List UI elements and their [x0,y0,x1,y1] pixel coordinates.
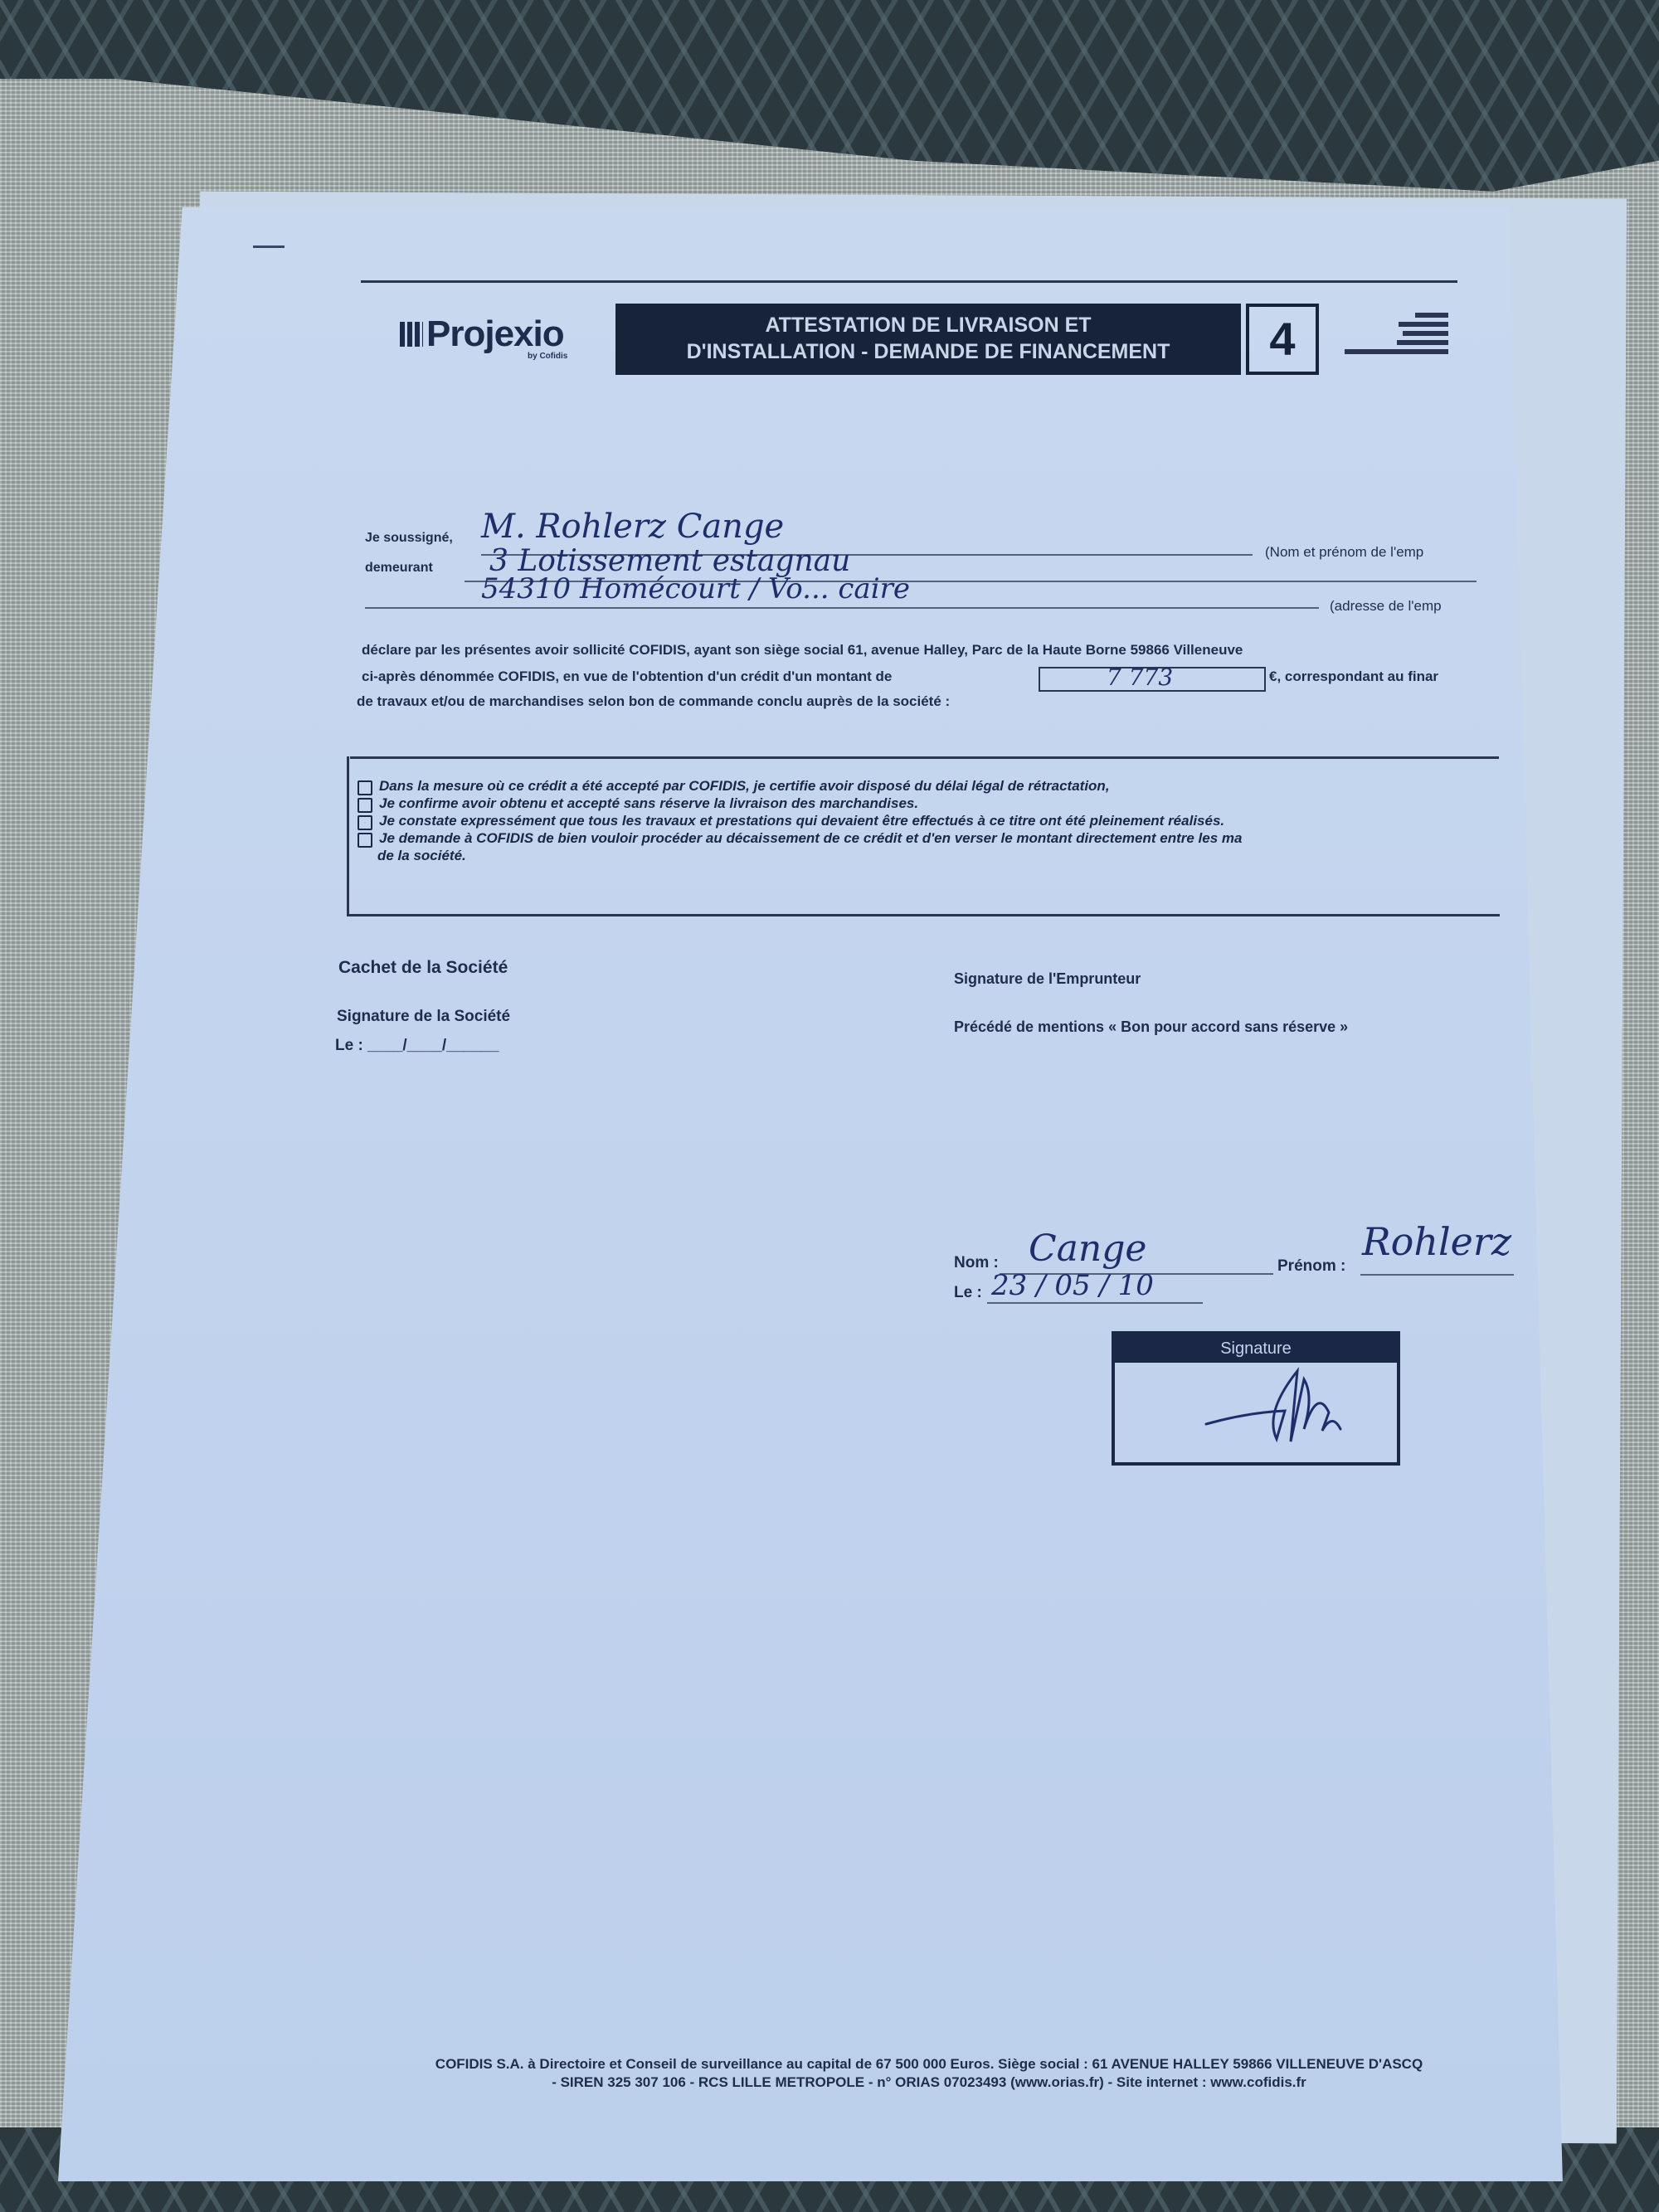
address-underline-2 [365,607,1319,609]
declaration-line-1: déclare par les présentes avoir sollicit… [362,640,1506,660]
residing-label: demeurant [365,561,433,576]
declaration-line-2: ci-après dénommée COFIDIS, en vue de l'o… [362,667,892,687]
form-reference-codes [1340,309,1448,354]
logo-subtitle: by Cofidis [528,352,567,361]
form-number-badge: 4 [1246,304,1319,375]
title-line-1: ATTESTATION DE LIVRAISON ET [615,312,1241,338]
checkbox-section-bottom-rule [347,914,1500,916]
footer-line-1: COFIDIS S.A. à Directoire et Conseil de … [274,2055,1584,2073]
checkbox-section: Dans la mesure où ce crédit a été accept… [347,756,1501,916]
projexio-logo: Projexio [400,314,564,355]
legal-footer: COFIDIS S.A. à Directoire et Conseil de … [274,2055,1584,2092]
company-stamp-label: Cachet de la Société [338,958,508,978]
prenom-field[interactable]: Rohlerz [1362,1219,1511,1264]
date-field[interactable]: 23 / 05 / 10 [991,1269,1154,1302]
undersigned-name-field[interactable]: M. Rohlerz Cange [481,508,784,546]
undersigned-label: Je soussigné, [365,531,453,546]
nom-field[interactable]: Cange [1029,1228,1146,1270]
checkbox-row-withdrawal[interactable]: Dans la mesure où ce crédit a été accept… [358,778,1494,795]
checkbox[interactable] [358,780,372,795]
prenom-label: Prénom : [1277,1257,1345,1276]
checkbox-row-disbursement[interactable]: Je demande à COFIDIS de bien vouloir pro… [358,830,1494,848]
company-date-field[interactable]: Le : ____/____/______ [335,1037,499,1055]
checkbox-continuation: de la société. [358,848,1494,864]
checkbox-label: Je constate expressément que tous les tr… [379,813,1224,829]
checkbox-label: Je confirme avoir obtenu et accepté sans… [379,795,918,812]
declaration-line-2-end: €, correspondant au finar [1269,667,1438,687]
credit-amount-field[interactable]: 7 773 [1039,667,1266,692]
signature-box-title: Signature [1115,1334,1397,1363]
address-line-2-field[interactable]: 54310 Homécourt / Vo... caire [481,572,910,605]
signature-box[interactable]: Signature [1112,1331,1400,1466]
credit-amount-value: 7 773 [1107,664,1173,691]
address-hint: (adresse de l'emp [1330,598,1442,615]
footer-line-2: - SIREN 325 307 106 - RCS LILLE METROPOL… [274,2073,1584,2092]
form-document [58,207,1609,2181]
checkbox[interactable] [358,815,372,830]
mention-label: Précédé de mentions « Bon pour accord sa… [954,1018,1348,1036]
title-line-2: D'INSTALLATION - DEMANDE DE FINANCEMENT [615,338,1241,365]
handwritten-signature-icon [1115,1363,1397,1462]
checkbox-row-works-completed[interactable]: Je constate expressément que tous les tr… [358,813,1494,830]
logo-bars-icon [400,322,423,347]
checkbox-label: Dans la mesure où ce crédit a été accept… [379,778,1110,795]
date-label: Le : [954,1284,982,1302]
checkbox-label: Je demande à COFIDIS de bien vouloir pro… [379,830,1242,847]
form-title: ATTESTATION DE LIVRAISON ET D'INSTALLATI… [615,304,1241,375]
logo-text: Projexio [426,314,564,355]
company-signature-label: Signature de la Société [337,1008,510,1026]
top-rule [361,280,1457,283]
checkbox[interactable] [358,798,372,813]
name-hint: (Nom et prénom de l'emp [1265,544,1423,561]
checkbox-row-delivery[interactable]: Je confirme avoir obtenu et accepté sans… [358,795,1494,813]
declaration-line-3: de travaux et/ou de marchandises selon b… [357,692,950,712]
checkbox-continuation-text: de la société. [377,848,466,864]
borrower-signature-label: Signature de l'Emprunteur [954,970,1141,988]
prenom-underline [1360,1274,1514,1276]
checkbox[interactable] [358,833,372,848]
date-underline [987,1302,1203,1304]
corner-mark [253,246,285,248]
